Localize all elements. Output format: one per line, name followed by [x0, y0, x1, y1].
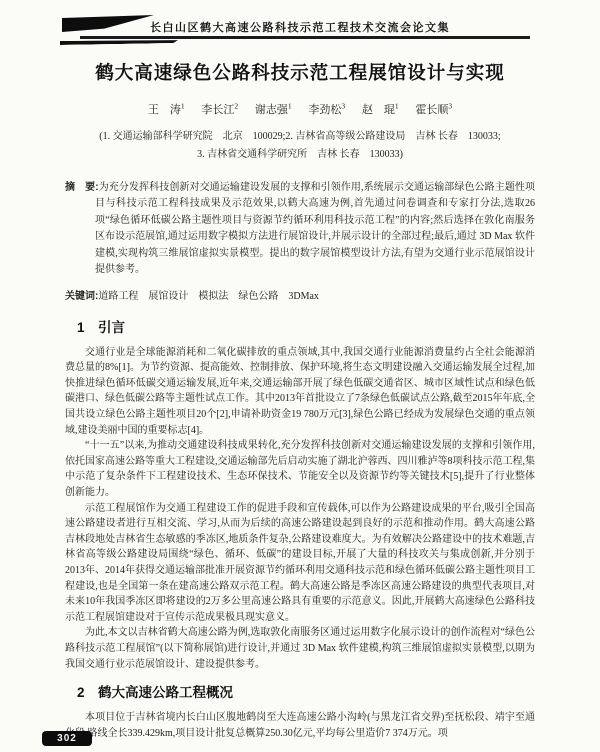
author-affil-sup: 2 — [234, 101, 238, 110]
paper-page: 长白山区鹤大高速公路科技示范工程技术交流会论文集 鹤大高速绿色公路科技示范工程展… — [0, 0, 600, 752]
section-1-paragraph-4: 为此,本文以吉林省鹤大高速公路为例,选取敦化南服务区通过运用数字化展示设计的创作… — [65, 625, 535, 672]
abstract: 摘 要:为充分发挥科技创新对交通运输建设发展的支撑和引领作用,系统展示交通运输部… — [65, 180, 535, 279]
paper-title: 鹤大高速绿色公路科技示范工程展馆设计与实现 — [65, 62, 535, 86]
author-affil-sup: 1 — [288, 101, 292, 110]
article-content: 鹤大高速绿色公路科技示范工程展馆设计与实现 王 涛1 李长江2 谢志强1 李劲松… — [65, 0, 535, 741]
section-1-paragraph-2: “十一五”以来,为推动交通建设科技成果转化,充分发挥科技创新对交通运输建设发展的… — [65, 438, 535, 500]
section-2-heading: 2 鹤大高速公路工程概况 — [77, 684, 535, 702]
author-affil-sup: 1 — [395, 101, 399, 110]
author-name: 李劲松 — [308, 104, 341, 116]
keywords-line: 关键词:道路工程 展馆设计 模拟法 绿色公路 3DMax — [65, 289, 535, 305]
affiliation-line: (1. 交通运输部科学研究院 北京 100029;2. 吉林省高等级公路建设局 … — [65, 128, 535, 146]
section-1-heading: 1 引言 — [77, 319, 535, 337]
author-line: 王 涛1 李长江2 谢志强1 李劲松3 赵 琨1 霍长顺3 — [65, 98, 535, 118]
author-name: 赵 琨 — [362, 104, 395, 116]
affiliations: (1. 交通运输部科学研究院 北京 100029;2. 吉林省高等级公路建设局 … — [65, 128, 535, 164]
author-name: 李长江 — [201, 104, 234, 116]
author-name: 霍长顺 — [415, 104, 448, 116]
author: 谢志强1 — [255, 104, 292, 116]
author-affil-sup: 3 — [341, 101, 345, 110]
keywords-label: 关键词: — [65, 291, 98, 302]
keywords-text: 道路工程 展馆设计 模拟法 绿色公路 3DMax — [98, 291, 319, 302]
section-1-paragraph-3: 示范工程展馆作为交通工程建设工作的促进手段和宣传载体,可以作为公路建设成果的平台… — [65, 501, 535, 626]
author-name: 谢志强 — [255, 104, 288, 116]
author-affil-sup: 1 — [181, 101, 185, 110]
section-1-paragraph-1: 交通行业是全球能源消耗和二氧化碳排放的重点领域,其中,我国交通行业能源消费量约占… — [65, 345, 535, 439]
author: 王 涛1 — [148, 104, 185, 116]
abstract-label: 摘 要: — [65, 182, 99, 193]
abstract-text: 为充分发挥科技创新对交通运输建设发展的支撑和引领作用,系统展示交通运输部绿色公路… — [95, 182, 535, 276]
author: 霍长顺3 — [415, 104, 452, 116]
author: 李长江2 — [201, 104, 238, 116]
author-affil-sup: 3 — [448, 101, 452, 110]
page-number-badge: 302 — [42, 731, 92, 746]
affiliation-line: 3. 吉林省交通科学研究所 吉林 长春 130033) — [65, 146, 535, 164]
author: 李劲松3 — [308, 104, 345, 116]
section-2-paragraph-1: 本项目位于吉林省境内长白山区腹地鹤岗至大连高速公路小沟岭(与黑龙江省交界)至抚松… — [65, 710, 535, 741]
author-name: 王 涛 — [148, 104, 181, 116]
author: 赵 琨1 — [362, 104, 399, 116]
